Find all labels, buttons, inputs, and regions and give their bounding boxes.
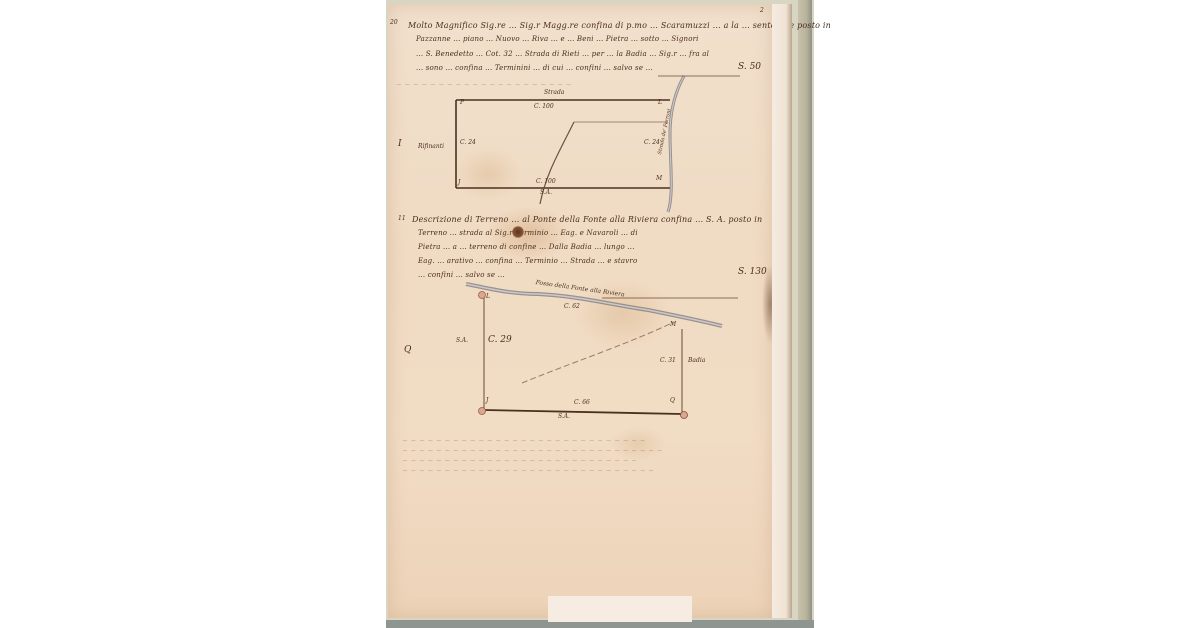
plot-2-right-measure: C. 31: [660, 358, 676, 364]
manuscript-page: 20 2 Molto Magnifico Sig.re ... Sig.r Ma…: [388, 4, 772, 618]
plot-1-left-measure: C. 24: [460, 140, 476, 146]
entry-2-line-3: Pietra ... a ... terreno di confine ... …: [418, 244, 635, 251]
plot-diagrams: [388, 4, 772, 618]
plot-1-corner-l: L: [658, 100, 662, 106]
plot-2-corner-j: J: [486, 398, 488, 404]
plot-2-top-measure: C. 62: [564, 304, 580, 310]
paper-label-strip: [548, 596, 692, 622]
cover-edge: [798, 0, 812, 620]
plot-1-left-label: Rifinanti: [418, 144, 444, 150]
plot-1-corner-p: P: [460, 100, 464, 106]
faint-line: ~ ~ ~ ~ ~ ~ ~ ~ ~ ~ ~ ~ ~ ~ ~ ~ ~ ~ ~ ~ …: [402, 448, 663, 455]
plot-2-right-label: Badia: [688, 358, 705, 364]
plot-2-corner-l: L: [486, 294, 490, 300]
plot-2-bottom-measure: C. 66: [574, 400, 590, 406]
plot-2-bottom-note: S.A.: [558, 414, 570, 420]
plot-1-corner-j: J: [458, 180, 460, 186]
manuscript-scan: 20 2 Molto Magnifico Sig.re ... Sig.r Ma…: [386, 0, 814, 628]
entry-2-line-1: Descrizione di Terreno ... al Ponte dell…: [412, 216, 762, 224]
plot-1-top-measure: C. 100: [534, 104, 554, 110]
entry-2-line-4: Eag. ... arativo ... confina ... Termini…: [418, 258, 637, 265]
plot-1-corner-m: M: [656, 176, 662, 182]
plot-2-corner-m: M: [670, 322, 676, 328]
plot-1-top-label: Strada: [544, 90, 564, 96]
plot-1-outline: [456, 100, 670, 204]
faint-line: ~ ~ ~ ~ ~ ~ ~ ~ ~ ~ ~ ~ ~ ~ ~ ~ ~ ~ ~ ~ …: [402, 468, 654, 475]
plot-2-corner-q: Q: [670, 398, 675, 404]
entry-2-line-2: Terreno ... strada al Sig.r Terminio ...…: [418, 230, 638, 237]
entry-2-line-5: ... confini ... salvo se ...: [418, 272, 505, 279]
plot-1-right-measure: C. 24: [644, 140, 660, 146]
faint-line: ~ ~ ~ ~ ~ ~ ~ ~ ~ ~ ~ ~ ~ ~ ~ ~ ~ ~ ~ ~ …: [402, 438, 646, 445]
faint-line: ~ ~ ~ ~ ~ ~ ~ ~ ~ ~ ~ ~ ~ ~ ~ ~ ~ ~ ~ ~ …: [402, 458, 637, 465]
plot-1-bottom-measure: C. 100: [536, 179, 556, 185]
plot-2-left-label: S.A.: [456, 338, 468, 344]
ink-blot: [512, 226, 524, 238]
plot-2-left-measure: C. 29: [488, 336, 512, 345]
page-fold-edge: [772, 4, 792, 618]
plot-1-bottom-note: S.A.: [540, 190, 552, 196]
